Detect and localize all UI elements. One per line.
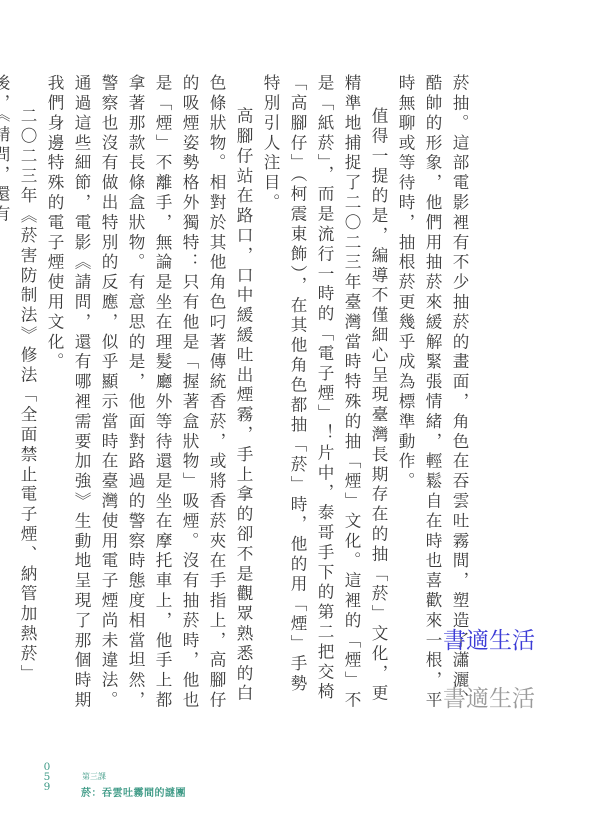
book-page: 菸抽。這部電影裡有不少抽菸的畫面，角色在吞雲吐霧間，塑造了瀟灑、酷帥的形象，他們… (0, 0, 597, 838)
page-number-digit: 9 (41, 782, 53, 792)
paragraph-2: 值得一提的是，編導不僅細心呈現臺灣長期存在的抽「菸」文化，更精準地捕捉了二〇二三… (257, 74, 392, 714)
chapter-label: 第三課 (82, 771, 106, 782)
vertical-body-text: 菸抽。這部電影裡有不少抽菸的畫面，角色在吞雲吐霧間，塑造了瀟灑、酷帥的形象，他們… (0, 74, 473, 714)
chapter-title: 菸：吞雲吐霧間的謎團 (81, 784, 186, 799)
watermark-blue: 書適生活 (443, 622, 535, 655)
paragraph-3: 高腳仔站在路口，口中緩緩吐出煙霧，手上拿的卻不是觀眾熟悉的白色條狀物。相對於其他… (41, 74, 257, 714)
page-number: 0 5 9 (41, 762, 53, 792)
paragraph-1: 菸抽。這部電影裡有不少抽菸的畫面，角色在吞雲吐霧間，塑造了瀟灑、酷帥的形象，他們… (392, 74, 473, 714)
watermark-gray: 書適生活 (443, 680, 535, 713)
paragraph-4: 二〇二三年《菸害防制法》修法「全面禁止電子煙、納管加熱菸」後，《請問，還有 (0, 74, 41, 714)
